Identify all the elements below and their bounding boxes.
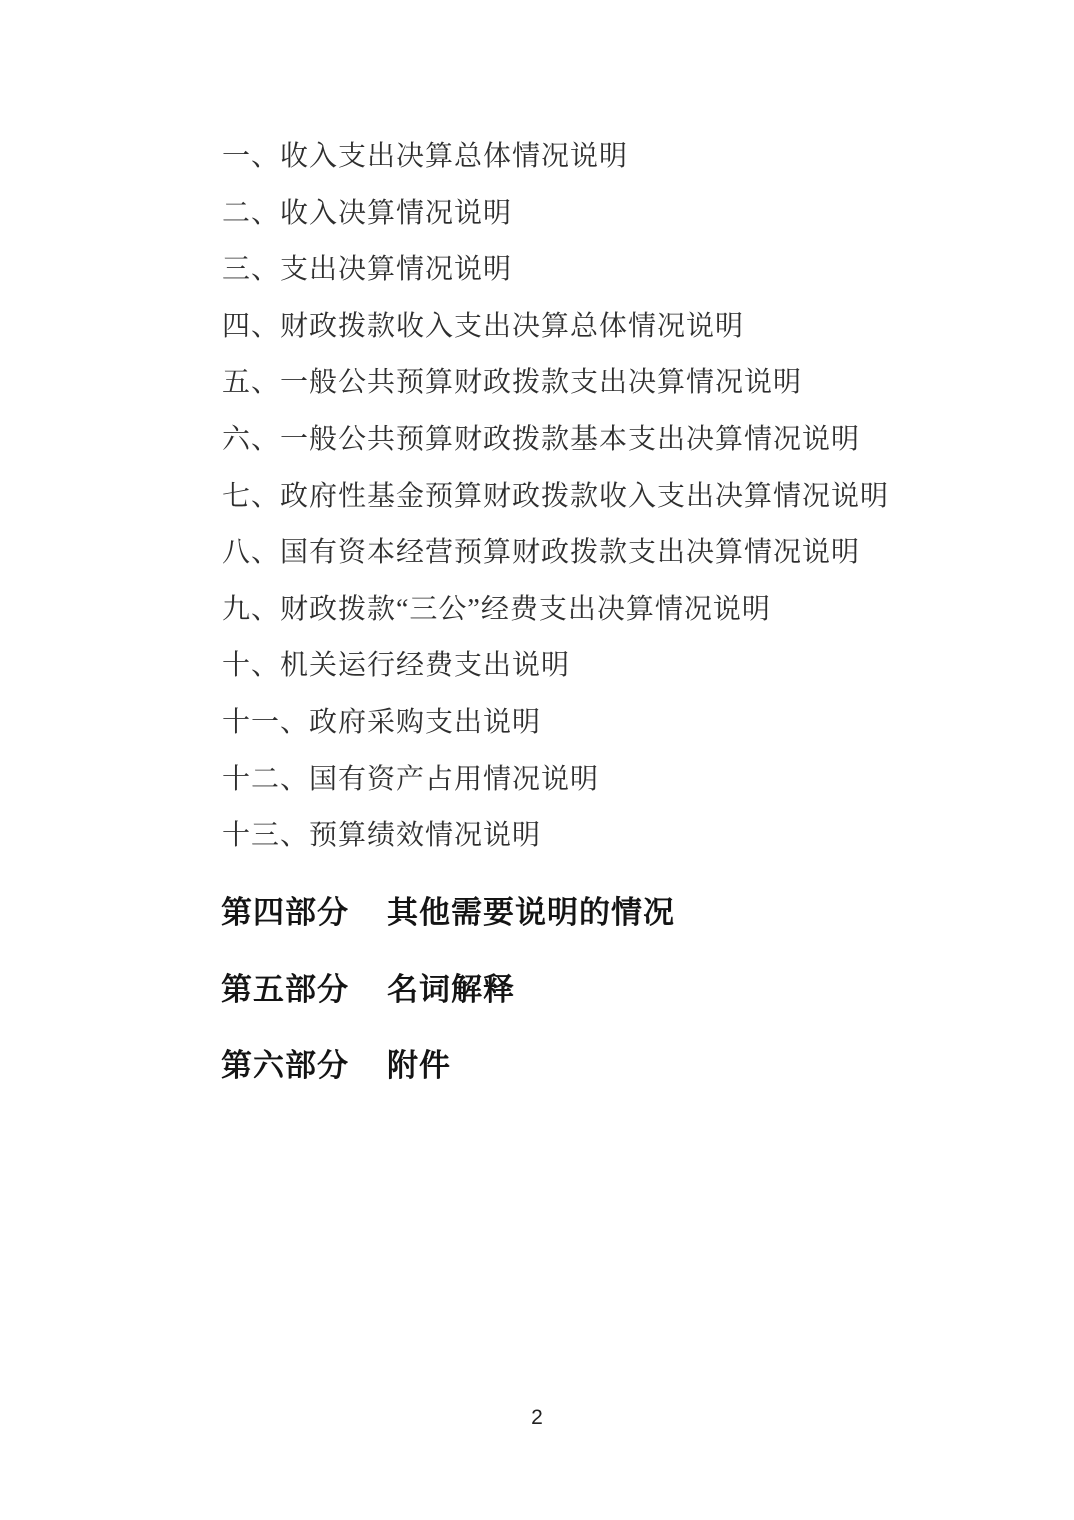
section-number: 第五部分 <box>221 972 349 1007</box>
toc-item: 二、收入决算情况说明 <box>222 186 889 243</box>
toc-item: 九、财政拨款“三公”经费支出决算情况说明 <box>222 582 889 639</box>
section-heading: 第四部分其他需要说明的情况 <box>221 875 675 952</box>
toc-item: 七、政府性基金预算财政拨款收入支出决算情况说明 <box>222 469 889 526</box>
toc-item: 四、财政拨款收入支出决算总体情况说明 <box>222 299 889 356</box>
toc-item: 八、国有资本经营预算财政拨款支出决算情况说明 <box>222 525 889 582</box>
section-headings: 第四部分其他需要说明的情况 第五部分名词解释 第六部分附件 <box>221 875 675 1105</box>
section-title: 其他需要说明的情况 <box>387 895 675 930</box>
toc-item: 五、一般公共预算财政拨款支出决算情况说明 <box>222 355 889 412</box>
toc-list: 一、收入支出决算总体情况说明 二、收入决算情况说明 三、支出决算情况说明 四、财… <box>222 129 889 865</box>
toc-item: 三、支出决算情况说明 <box>222 242 889 299</box>
section-heading: 第五部分名词解释 <box>221 952 675 1029</box>
toc-item: 六、一般公共预算财政拨款基本支出决算情况说明 <box>222 412 889 469</box>
section-number: 第四部分 <box>221 895 349 930</box>
section-number: 第六部分 <box>221 1048 349 1083</box>
toc-item: 十、机关运行经费支出说明 <box>222 638 889 695</box>
section-title: 名词解释 <box>387 972 515 1007</box>
toc-item: 十二、国有资产占用情况说明 <box>222 752 889 809</box>
toc-item: 十三、预算绩效情况说明 <box>222 808 889 865</box>
toc-item: 一、收入支出决算总体情况说明 <box>222 129 889 186</box>
section-title: 附件 <box>387 1048 451 1083</box>
section-heading: 第六部分附件 <box>221 1028 675 1105</box>
page-number: 2 <box>0 1405 1074 1431</box>
document-page: 一、收入支出决算总体情况说明 二、收入决算情况说明 三、支出决算情况说明 四、财… <box>0 0 1074 1520</box>
toc-item: 十一、政府采购支出说明 <box>222 695 889 752</box>
